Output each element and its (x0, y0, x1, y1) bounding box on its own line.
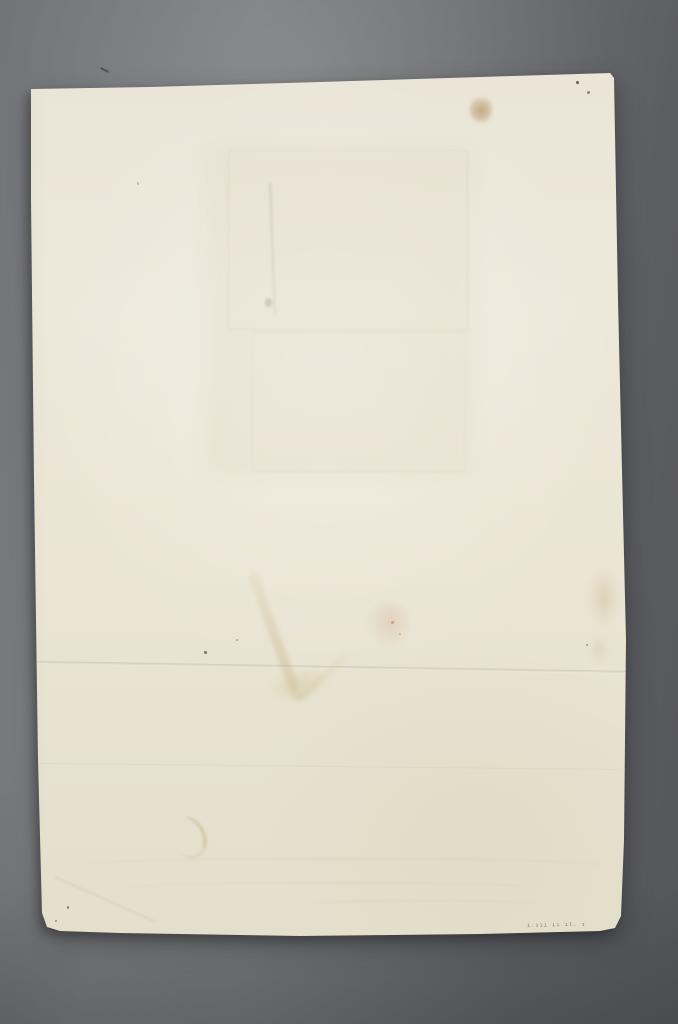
pencil-inscription: ı.ııı ıı ıl. ı (527, 919, 609, 930)
bottom-wrinkle-2 (120, 882, 540, 895)
show-through-plate-mark-1 (228, 150, 468, 330)
paper-sheet: ı.ııı ıı ıl. ı (0, 0, 678, 1024)
dust-speck (204, 651, 207, 654)
brown-foxing-stain-top (470, 95, 492, 123)
hooked-yellow-stain (165, 811, 214, 864)
dust-speck (236, 639, 238, 641)
gray-streak-blob (265, 298, 272, 307)
red-speck-2 (399, 633, 401, 635)
pinhole-speck (576, 81, 579, 84)
dust-speck (55, 920, 57, 922)
show-through-plate-mark-2 (252, 332, 466, 472)
bottom-wrinkle-1 (70, 858, 600, 873)
dust-speck (137, 182, 139, 185)
v-stain-apex-blot (265, 661, 331, 709)
verso-photograph: ı.ııı ıı ıl. ı (0, 0, 678, 1024)
dust-speck (586, 644, 588, 646)
bottom-wrinkle-3 (300, 900, 550, 911)
red-show-through-smudge (366, 600, 410, 648)
bottom-left-diagonal-crease (55, 876, 156, 923)
pinhole-speck (587, 91, 590, 94)
horizontal-fold-crease (33, 661, 627, 674)
dust-speck (67, 906, 69, 909)
faint-horizontal-crease (36, 763, 622, 771)
paper-verso-surface: ı.ııı ıı ıl. ı (0, 0, 678, 1024)
v-stain-left-leg (247, 571, 303, 702)
show-through-tone-band (205, 145, 473, 475)
gray-vertical-streak (269, 183, 277, 315)
v-stain-right-leg (295, 652, 349, 704)
right-edge-brown-stain-2 (588, 636, 610, 664)
red-speck-1 (391, 621, 394, 624)
right-edge-brown-stain-1 (588, 568, 620, 628)
